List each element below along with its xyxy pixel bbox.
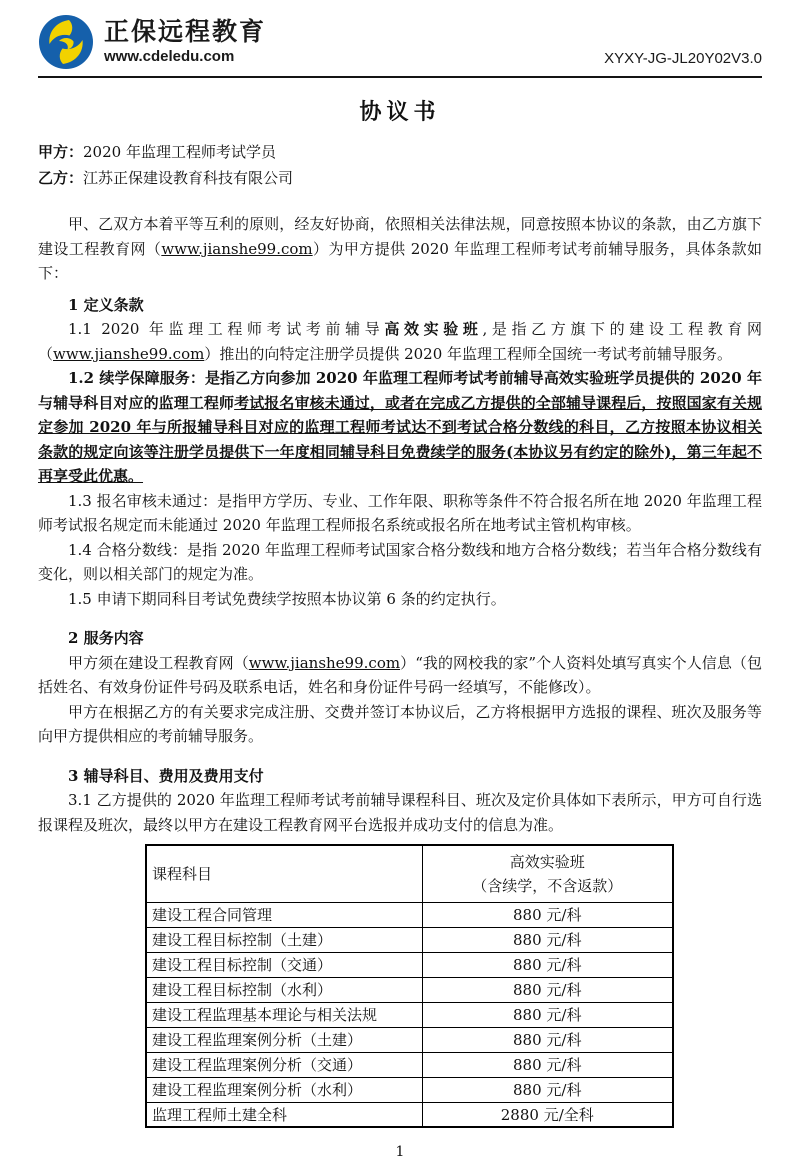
subject-cell: 建设工程监理基本理论与相关法规 [146,1002,422,1027]
price-cell: 880 元/科 [422,1052,673,1077]
section-3-heading: 3 辅导科目、费用及费用支付 [38,764,762,789]
party-b-label: 乙方： [38,169,83,187]
brand-block: 正保远程教育 www.cdeledu.com [38,14,266,70]
table-row: 监理工程师土建全科2880 元/全科 [146,1102,673,1127]
jianshe99-link: www.jianshe99.com [161,240,312,258]
subject-cell: 建设工程目标控制（水利） [146,977,422,1002]
table-header-subject: 课程科目 [146,845,422,902]
page-number: 1 [38,1144,762,1160]
subject-cell: 监理工程师土建全科 [146,1102,422,1127]
service-paragraph-2: 甲方在根据乙方的有关要求完成注册、交费并签订本协议后，乙方将根据甲方选报的课程、… [38,700,762,749]
price-cell: 880 元/科 [422,977,673,1002]
class-title: 高效实验班 [423,850,673,874]
clause-1-1-bold-term: 高效实验班 [384,320,482,338]
brand-url: www.cdeledu.com [104,47,266,67]
party-b-line: 乙方：江苏正保建设教育科技有限公司 [38,165,762,191]
clause-1-5: 1.5 申请下期同科目考试免费续学按照本协议第 6 条的约定执行。 [38,587,762,612]
page-header: 正保远程教育 www.cdeledu.com XYXY-JG-JL20Y02V3… [38,10,762,70]
subject-cell: 建设工程合同管理 [146,902,422,927]
table-row: 建设工程目标控制（交通）880 元/科 [146,952,673,977]
clause-1-4: 1.4 合格分数线：是指 2020 年监理工程师考试国家合格分数线和地方合格分数… [38,538,762,587]
subject-cell: 建设工程监理案例分析（土建） [146,1027,422,1052]
table-row: 建设工程监理案例分析（交通）880 元/科 [146,1052,673,1077]
clause-1-1-text: 1.1 2020 年监理工程师考试考前辅导 [68,320,384,338]
price-cell: 880 元/科 [422,1027,673,1052]
clause-3-1: 3.1 乙方提供的 2020 年监理工程师考试考前辅导课程科目、班次及定价具体如… [38,788,762,837]
price-cell: 880 元/科 [422,1077,673,1102]
brand-text: 正保远程教育 www.cdeledu.com [104,17,266,67]
service-p1-text: 甲方须在建设工程教育网（ [68,654,249,672]
party-a-value: 2020 年监理工程师考试学员 [83,143,276,161]
price-cell: 880 元/科 [422,927,673,952]
agreement-page: 正保远程教育 www.cdeledu.com XYXY-JG-JL20Y02V3… [0,0,800,1161]
subject-cell: 建设工程监理案例分析（水利） [146,1077,422,1102]
jianshe99-link: www.jianshe99.com [249,654,400,672]
header-divider [38,76,762,78]
party-b-value: 江苏正保建设教育科技有限公司 [83,169,293,187]
subject-cell: 建设工程监理案例分析（交通） [146,1052,422,1077]
price-cell: 880 元/科 [422,902,673,927]
party-a-line: 甲方：2020 年监理工程师考试学员 [38,139,762,165]
page-title: 协议书 [38,95,762,126]
jianshe99-link: www.jianshe99.com [53,345,204,363]
clause-1-2: 1.2 续学保障服务：是指乙方向参加 2020 年监理工程师考试考前辅导高效实验… [38,366,762,489]
table-row: 建设工程监理案例分析（水利）880 元/科 [146,1077,673,1102]
brand-logo-icon [38,14,94,70]
intro-paragraph: 甲、乙双方本着平等互利的原则，经友好协商，依照相关法律法规，同意按照本协议的条款… [38,212,762,286]
document-code: XYXY-JG-JL20Y02V3.0 [604,50,762,70]
pricing-table: 课程科目 高效实验班 （含续学，不含返款） 建设工程合同管理880 元/科 建设… [145,844,674,1128]
subject-cell: 建设工程目标控制（交通） [146,952,422,977]
section-2-heading: 2 服务内容 [38,626,762,651]
price-cell: 880 元/科 [422,1002,673,1027]
table-row: 建设工程合同管理880 元/科 [146,902,673,927]
clause-1-1-tail: ）推出的向特定注册学员提供 2020 年监理工程师全国统一考试考前辅导服务。 [204,345,732,363]
table-row: 建设工程目标控制（水利）880 元/科 [146,977,673,1002]
table-header-row: 课程科目 高效实验班 （含续学，不含返款） [146,845,673,902]
clause-1-1: 1.1 2020 年监理工程师考试考前辅导高效实验班,是指乙方旗下的建设工程教育… [38,317,762,366]
table-row: 建设工程监理案例分析（土建）880 元/科 [146,1027,673,1052]
brand-name: 正保远程教育 [104,17,266,47]
clause-1-3: 1.3 报名审核未通过：是指甲方学历、专业、工作年限、职称等条件不符合报名所在地… [38,489,762,538]
service-paragraph-1: 甲方须在建设工程教育网（www.jianshe99.com）“我的网校我的家”个… [38,651,762,700]
party-a-label: 甲方： [38,143,83,161]
section-1-heading: 1 定义条款 [38,293,762,318]
table-row: 建设工程监理基本理论与相关法规880 元/科 [146,1002,673,1027]
table-row: 建设工程目标控制（土建）880 元/科 [146,927,673,952]
class-subtitle: （含续学，不含返款） [423,874,673,898]
price-cell: 880 元/科 [422,952,673,977]
price-cell: 2880 元/全科 [422,1102,673,1127]
subject-cell: 建设工程目标控制（土建） [146,927,422,952]
table-header-class: 高效实验班 （含续学，不含返款） [422,845,673,902]
